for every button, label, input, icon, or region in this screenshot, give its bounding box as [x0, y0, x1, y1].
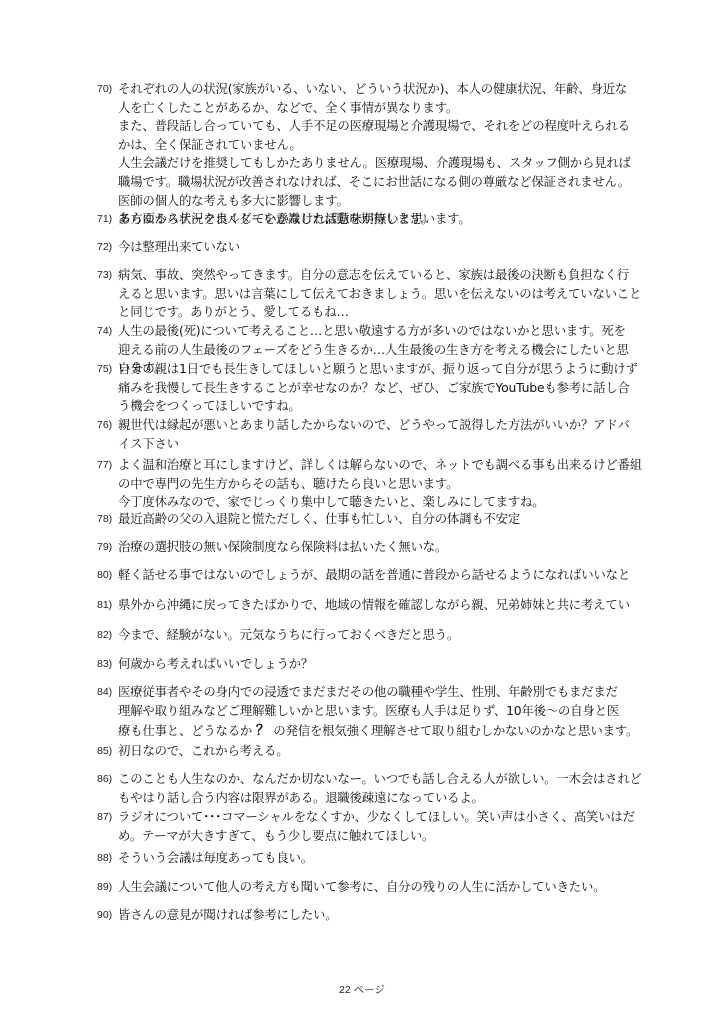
- item-text-line: それぞれの人の状況(家族がいる、いない、どういう状況か)、本人の健康状況、年齢、…: [118, 80, 631, 99]
- item-text-segment: 療も仕事と、どうなるか: [118, 723, 252, 738]
- item-number: 86): [97, 770, 112, 789]
- item-text-line: 皆さんの意見が聞ければ参考にしたい。: [118, 906, 337, 925]
- item-text-line: 人を亡くしたことがあるか、などで、全く事情が異なります。: [118, 99, 631, 118]
- question-mark-emphasis: ？: [256, 723, 270, 739]
- item-text-line: 職場です。職場状況が改善されなければ、そこにお世話になる側の尊厳など保証されませ…: [118, 173, 631, 192]
- item-text-line: う機会をつくってほしいですね。: [118, 397, 638, 416]
- item-number: 81): [97, 596, 112, 615]
- item-number: 77): [97, 456, 112, 475]
- item-text-line: かは、全く保証されていません。: [118, 136, 631, 155]
- item-text-line: 今は整理出来ていない: [118, 238, 240, 257]
- item-text-line: 最近高齢の父の入退院と慌ただしく、仕事も忙しい、自分の体調も不安定: [118, 510, 520, 529]
- item-number: 79): [97, 538, 112, 557]
- item-text-line: えると思います。思いは言葉にして伝えておきましょう。思いを伝えないのは考えていな…: [118, 285, 641, 304]
- item-text-line: そういう会議は毎度あっても良い。: [118, 849, 313, 868]
- page-number-footer: 22 ページ: [0, 982, 724, 997]
- item-text-line: このことも人生なのか、なんだか切ないなー。いつでも話し合える人が欲しい。一木会は…: [118, 770, 642, 789]
- item-number: 87): [97, 808, 112, 827]
- item-number: 73): [97, 266, 112, 285]
- item-text-line: 県外から沖縄に戻ってきたばかりで、地域の情報を確認しながら親、兄弟姉妹と共に考え…: [118, 596, 630, 615]
- item-text-line: また、普段話し合っていても、人手不足の医療現場と介護現場で、それをどの程度叶えら…: [118, 117, 631, 136]
- item-text-line: 迎える前の人生最後のフェーズをどう生きるか…人生最後の生き方を考える機会にしたい…: [118, 341, 629, 360]
- item-number: 89): [97, 878, 112, 897]
- item-number: 70): [97, 80, 112, 99]
- item-text-line: 医師の個人的な考えも多大に影響します。: [118, 192, 631, 211]
- item-number: 84): [97, 683, 112, 702]
- item-text-line: 痛みを我慢して長生きすることが幸せなのか？など、ぜひ、ご家族でYouTubeも参…: [118, 379, 638, 398]
- item-text-line: 軽く話せる事ではないのでしょうが、最期の話を普通に普段から話せるようになればいい…: [118, 566, 630, 585]
- item-text-segment: の発信を根気強く理解させて取り組むしかないのかなと思います。: [273, 723, 638, 738]
- item-text-line: 何歳から考えればいいでしょうか？: [118, 655, 313, 674]
- item-text-line: 病気、事故、突然やってきます。自分の意志を伝えていると、家族は最後の決断も負担な…: [118, 266, 641, 285]
- item-text-line: の中で専門の先生方からその話も、聴けたら良いと思います。: [118, 475, 642, 494]
- item-text-line: ラジオについて･･･コマーシャルをなくすか、少なくしてほしい。笑い声は小さく、高…: [118, 808, 635, 827]
- item-text-line: と同じです。ありがとう、愛してるもね…: [118, 303, 641, 322]
- item-text-line: あらゆるステークホルダーを意識した活動を期待します。: [118, 210, 433, 229]
- item-number: 82): [97, 626, 112, 645]
- item-text-line: 医療従事者やその身内での浸透でまだまだその他の職種や学生、性別、年齢別でもまだま…: [118, 683, 638, 702]
- item-number: 72): [97, 238, 112, 257]
- item-number: 83): [97, 655, 112, 674]
- item-number: 90): [97, 906, 112, 925]
- item-text-line: イス下さい: [118, 435, 630, 454]
- item-number: 80): [97, 566, 112, 585]
- item-text-line: 自分の親は1日でも長生きしてほしいと願うと思いますが、振り返って自分が思うように…: [118, 360, 638, 379]
- item-text-line: め。テーマが大きすぎて、もう少し要点に触れてほしい。: [118, 827, 635, 846]
- item-text-line: 人生会議について他人の考え方も聞いて参考に、自分の残りの人生に活かしていきたい。: [118, 878, 605, 897]
- item-number: 78): [97, 510, 112, 529]
- item-text-line: 療も仕事と、どうなるか ？ の発信を根気強く理解させて取り組むしかないのかなと思…: [118, 720, 638, 742]
- item-number: 71): [97, 210, 112, 229]
- item-text-line: 治療の選択肢の無い保険制度なら保険料は払いたく無いな。: [118, 538, 447, 557]
- item-number: 85): [97, 742, 112, 761]
- item-text-line: 理解や取り組みなどご理解難しいかと思います。医療も人手は足りず、10年後～の自身…: [118, 702, 638, 721]
- item-text-line: 今丁度休みなので、家でじっくり集中して聴きたいと、楽しみにしてますね。: [118, 493, 642, 512]
- item-number: 76): [97, 416, 112, 435]
- item-text-line: よく温和治療と耳にしますけど、詳しくは解らないので、ネットでも調べる事も出来るけ…: [118, 456, 642, 475]
- item-text-line: もやはり話し合う内容は限界がある。退職後疎遠になっているよ。: [118, 789, 642, 808]
- item-text-line: 親世代は縁起が悪いとあまり話したからないので、どうやって説得した方法がいいか？ア…: [118, 416, 630, 435]
- item-number: 75): [97, 360, 112, 379]
- item-text-line: 人生の最後(死)について考えること…と思い敬遠する方が多いのではないかと思います…: [118, 322, 629, 341]
- document-page: 70) それぞれの人の状況(家族がいる、いない、どういう状況か)、本人の健康状況…: [0, 0, 724, 1024]
- item-text-line: 人生会議だけを推奨してもしかたありません。医療現場、介護現場も、スタッフ側から見…: [118, 154, 631, 173]
- item-number: 88): [97, 849, 112, 868]
- item-text-line: 初日なので、これから考える。: [118, 742, 288, 761]
- item-text-line: 今まで、経験がない。元気なうちに行っておくべきだと思う。: [118, 626, 459, 645]
- item-number: 74): [97, 322, 112, 341]
